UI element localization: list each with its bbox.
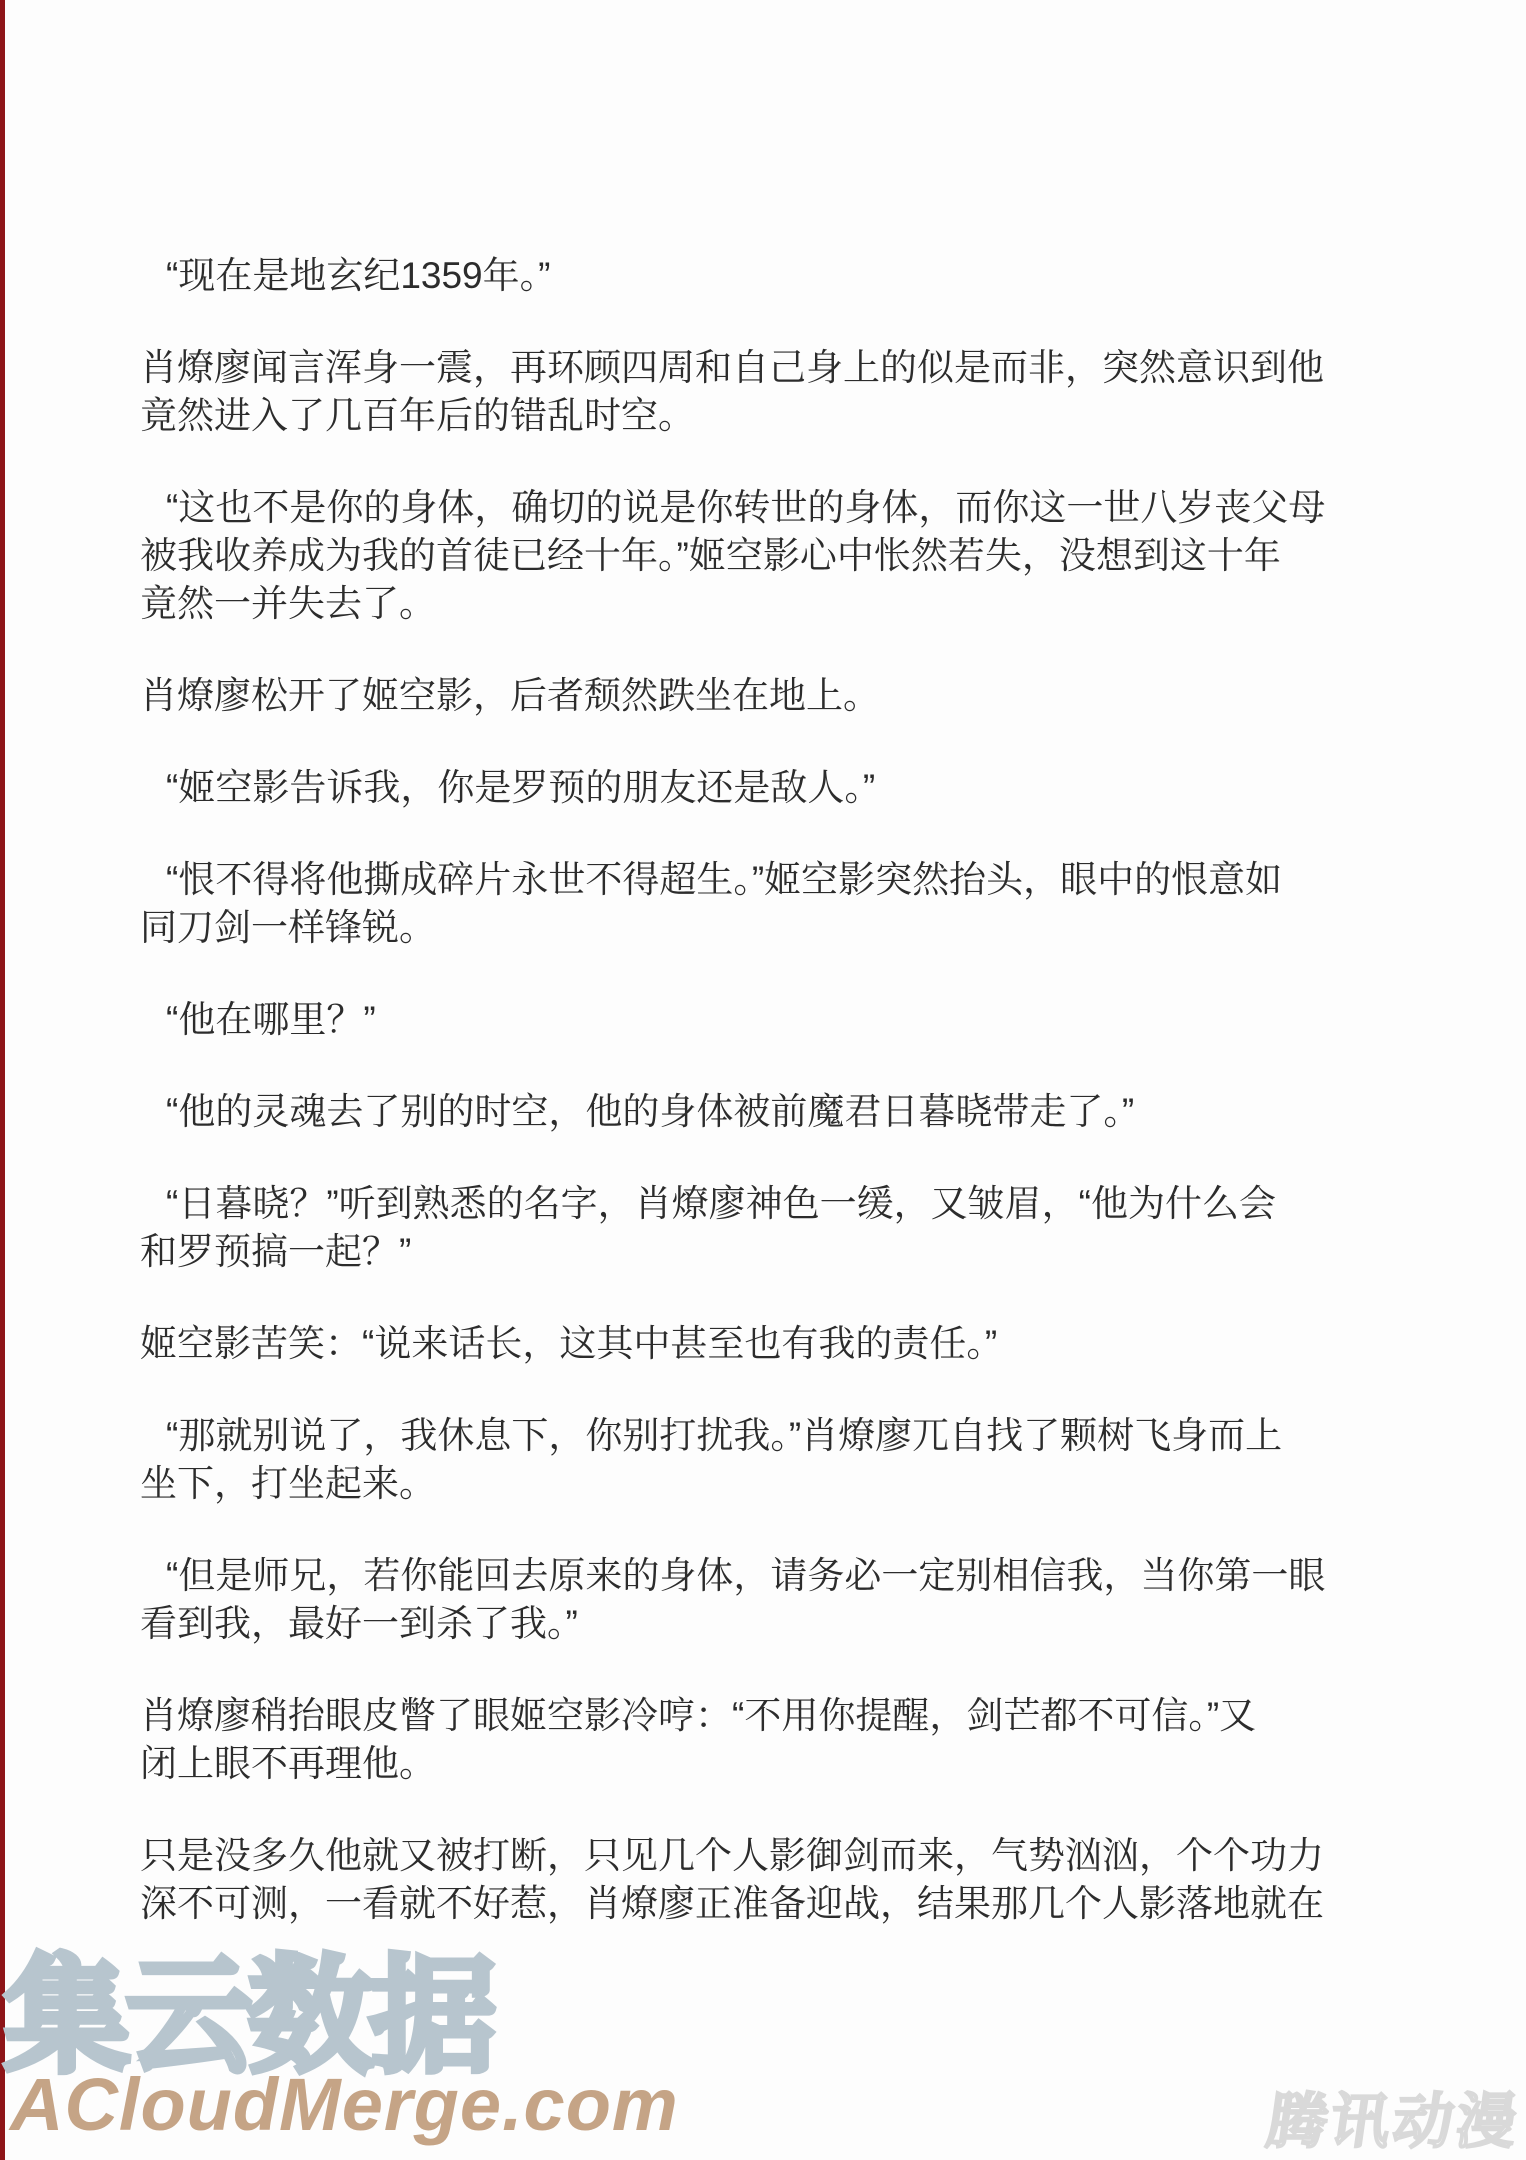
left-edge-stripe bbox=[0, 0, 5, 2160]
publisher-logo: 腾讯动漫 bbox=[1262, 2074, 1526, 2160]
text-line: 姬空影苦笑：“说来话长，这其中甚至也有我的责任。” bbox=[140, 1320, 1490, 1368]
paragraph: 只是没多久他就又被打断，只见几个人影御剑而来，气势汹汹，个个功力深不可测，一看就… bbox=[140, 1832, 1490, 1928]
text-line: 闭上眼不再理他。 bbox=[140, 1740, 1490, 1788]
text-line: 肖燎廖稍抬眼皮瞥了眼姬空影冷哼：“不用你提醒，剑芒都不可信。”又 bbox=[140, 1692, 1490, 1740]
paragraph: “他的灵魂去了别的时空，他的身体被前魔君日暮晓带走了。” bbox=[140, 1088, 1490, 1136]
text-line: “他的灵魂去了别的时空，他的身体被前魔君日暮晓带走了。” bbox=[140, 1088, 1490, 1136]
paragraph: 肖燎廖稍抬眼皮瞥了眼姬空影冷哼：“不用你提醒，剑芒都不可信。”又闭上眼不再理他。 bbox=[140, 1692, 1490, 1788]
novel-text-content: “现在是地玄纪1359年。”肖燎廖闻言浑身一震，再环顾四周和自己身上的似是而非，… bbox=[140, 252, 1490, 1928]
text-line: 同刀剑一样锋锐。 bbox=[140, 904, 1490, 952]
paragraph: 肖燎廖闻言浑身一震，再环顾四周和自己身上的似是而非，突然意识到他竟然进入了几百年… bbox=[140, 344, 1490, 440]
paragraph: “但是师兄，若你能回去原来的身体，请务必一定别相信我，当你第一眼看到我，最好一到… bbox=[140, 1552, 1490, 1648]
text-line: “这也不是你的身体，确切的说是你转世的身体，而你这一世八岁丧父母 bbox=[140, 484, 1490, 532]
paragraph: “现在是地玄纪1359年。” bbox=[140, 252, 1490, 300]
text-line: “日暮晓？”听到熟悉的名字，肖燎廖神色一缓，又皱眉，“他为什么会 bbox=[140, 1180, 1490, 1228]
text-line: “恨不得将他撕成碎片永世不得超生。”姬空影突然抬头，眼中的恨意如 bbox=[140, 856, 1490, 904]
text-line: 看到我，最好一到杀了我。” bbox=[140, 1600, 1490, 1648]
paragraph: “他在哪里？” bbox=[140, 996, 1490, 1044]
text-line: “他在哪里？” bbox=[140, 996, 1490, 1044]
text-line: 肖燎廖闻言浑身一震，再环顾四周和自己身上的似是而非，突然意识到他 bbox=[140, 344, 1490, 392]
paragraph: “姬空影告诉我，你是罗预的朋友还是敌人。” bbox=[140, 764, 1490, 812]
paragraph: “日暮晓？”听到熟悉的名字，肖燎廖神色一缓，又皱眉，“他为什么会和罗预搞一起？” bbox=[140, 1180, 1490, 1276]
paragraph: 肖燎廖松开了姬空影，后者颓然跌坐在地上。 bbox=[140, 672, 1490, 720]
text-line: 竟然一并失去了。 bbox=[140, 580, 1490, 628]
text-line: 被我收养成为我的首徒已经十年。”姬空影心中怅然若失，没想到这十年 bbox=[140, 532, 1490, 580]
text-line: “姬空影告诉我，你是罗预的朋友还是敌人。” bbox=[140, 764, 1490, 812]
text-line: “那就别说了，我休息下，你别打扰我。”肖燎廖兀自找了颗树飞身而上 bbox=[140, 1412, 1490, 1460]
text-line: 坐下，打坐起来。 bbox=[140, 1460, 1490, 1508]
text-line: 和罗预搞一起？” bbox=[140, 1228, 1490, 1276]
text-line: 肖燎廖松开了姬空影，后者颓然跌坐在地上。 bbox=[140, 672, 1490, 720]
text-line: “但是师兄，若你能回去原来的身体，请务必一定别相信我，当你第一眼 bbox=[140, 1552, 1490, 1600]
text-line: 深不可测，一看就不好惹，肖燎廖正准备迎战，结果那几个人影落地就在 bbox=[140, 1880, 1490, 1928]
text-line: 竟然进入了几百年后的错乱时空。 bbox=[140, 392, 1490, 440]
paragraph: 姬空影苦笑：“说来话长，这其中甚至也有我的责任。” bbox=[140, 1320, 1490, 1368]
text-line: “现在是地玄纪1359年。” bbox=[140, 252, 1490, 300]
paragraph: “恨不得将他撕成碎片永世不得超生。”姬空影突然抬头，眼中的恨意如同刀剑一样锋锐。 bbox=[140, 856, 1490, 952]
paragraph: “这也不是你的身体，确切的说是你转世的身体，而你这一世八岁丧父母被我收养成为我的… bbox=[140, 484, 1490, 628]
watermark-site-url: ACloudMerge.com bbox=[10, 2062, 679, 2147]
text-line: 只是没多久他就又被打断，只见几个人影御剑而来，气势汹汹，个个功力 bbox=[140, 1832, 1490, 1880]
paragraph: “那就别说了，我休息下，你别打扰我。”肖燎廖兀自找了颗树飞身而上坐下，打坐起来。 bbox=[140, 1412, 1490, 1508]
